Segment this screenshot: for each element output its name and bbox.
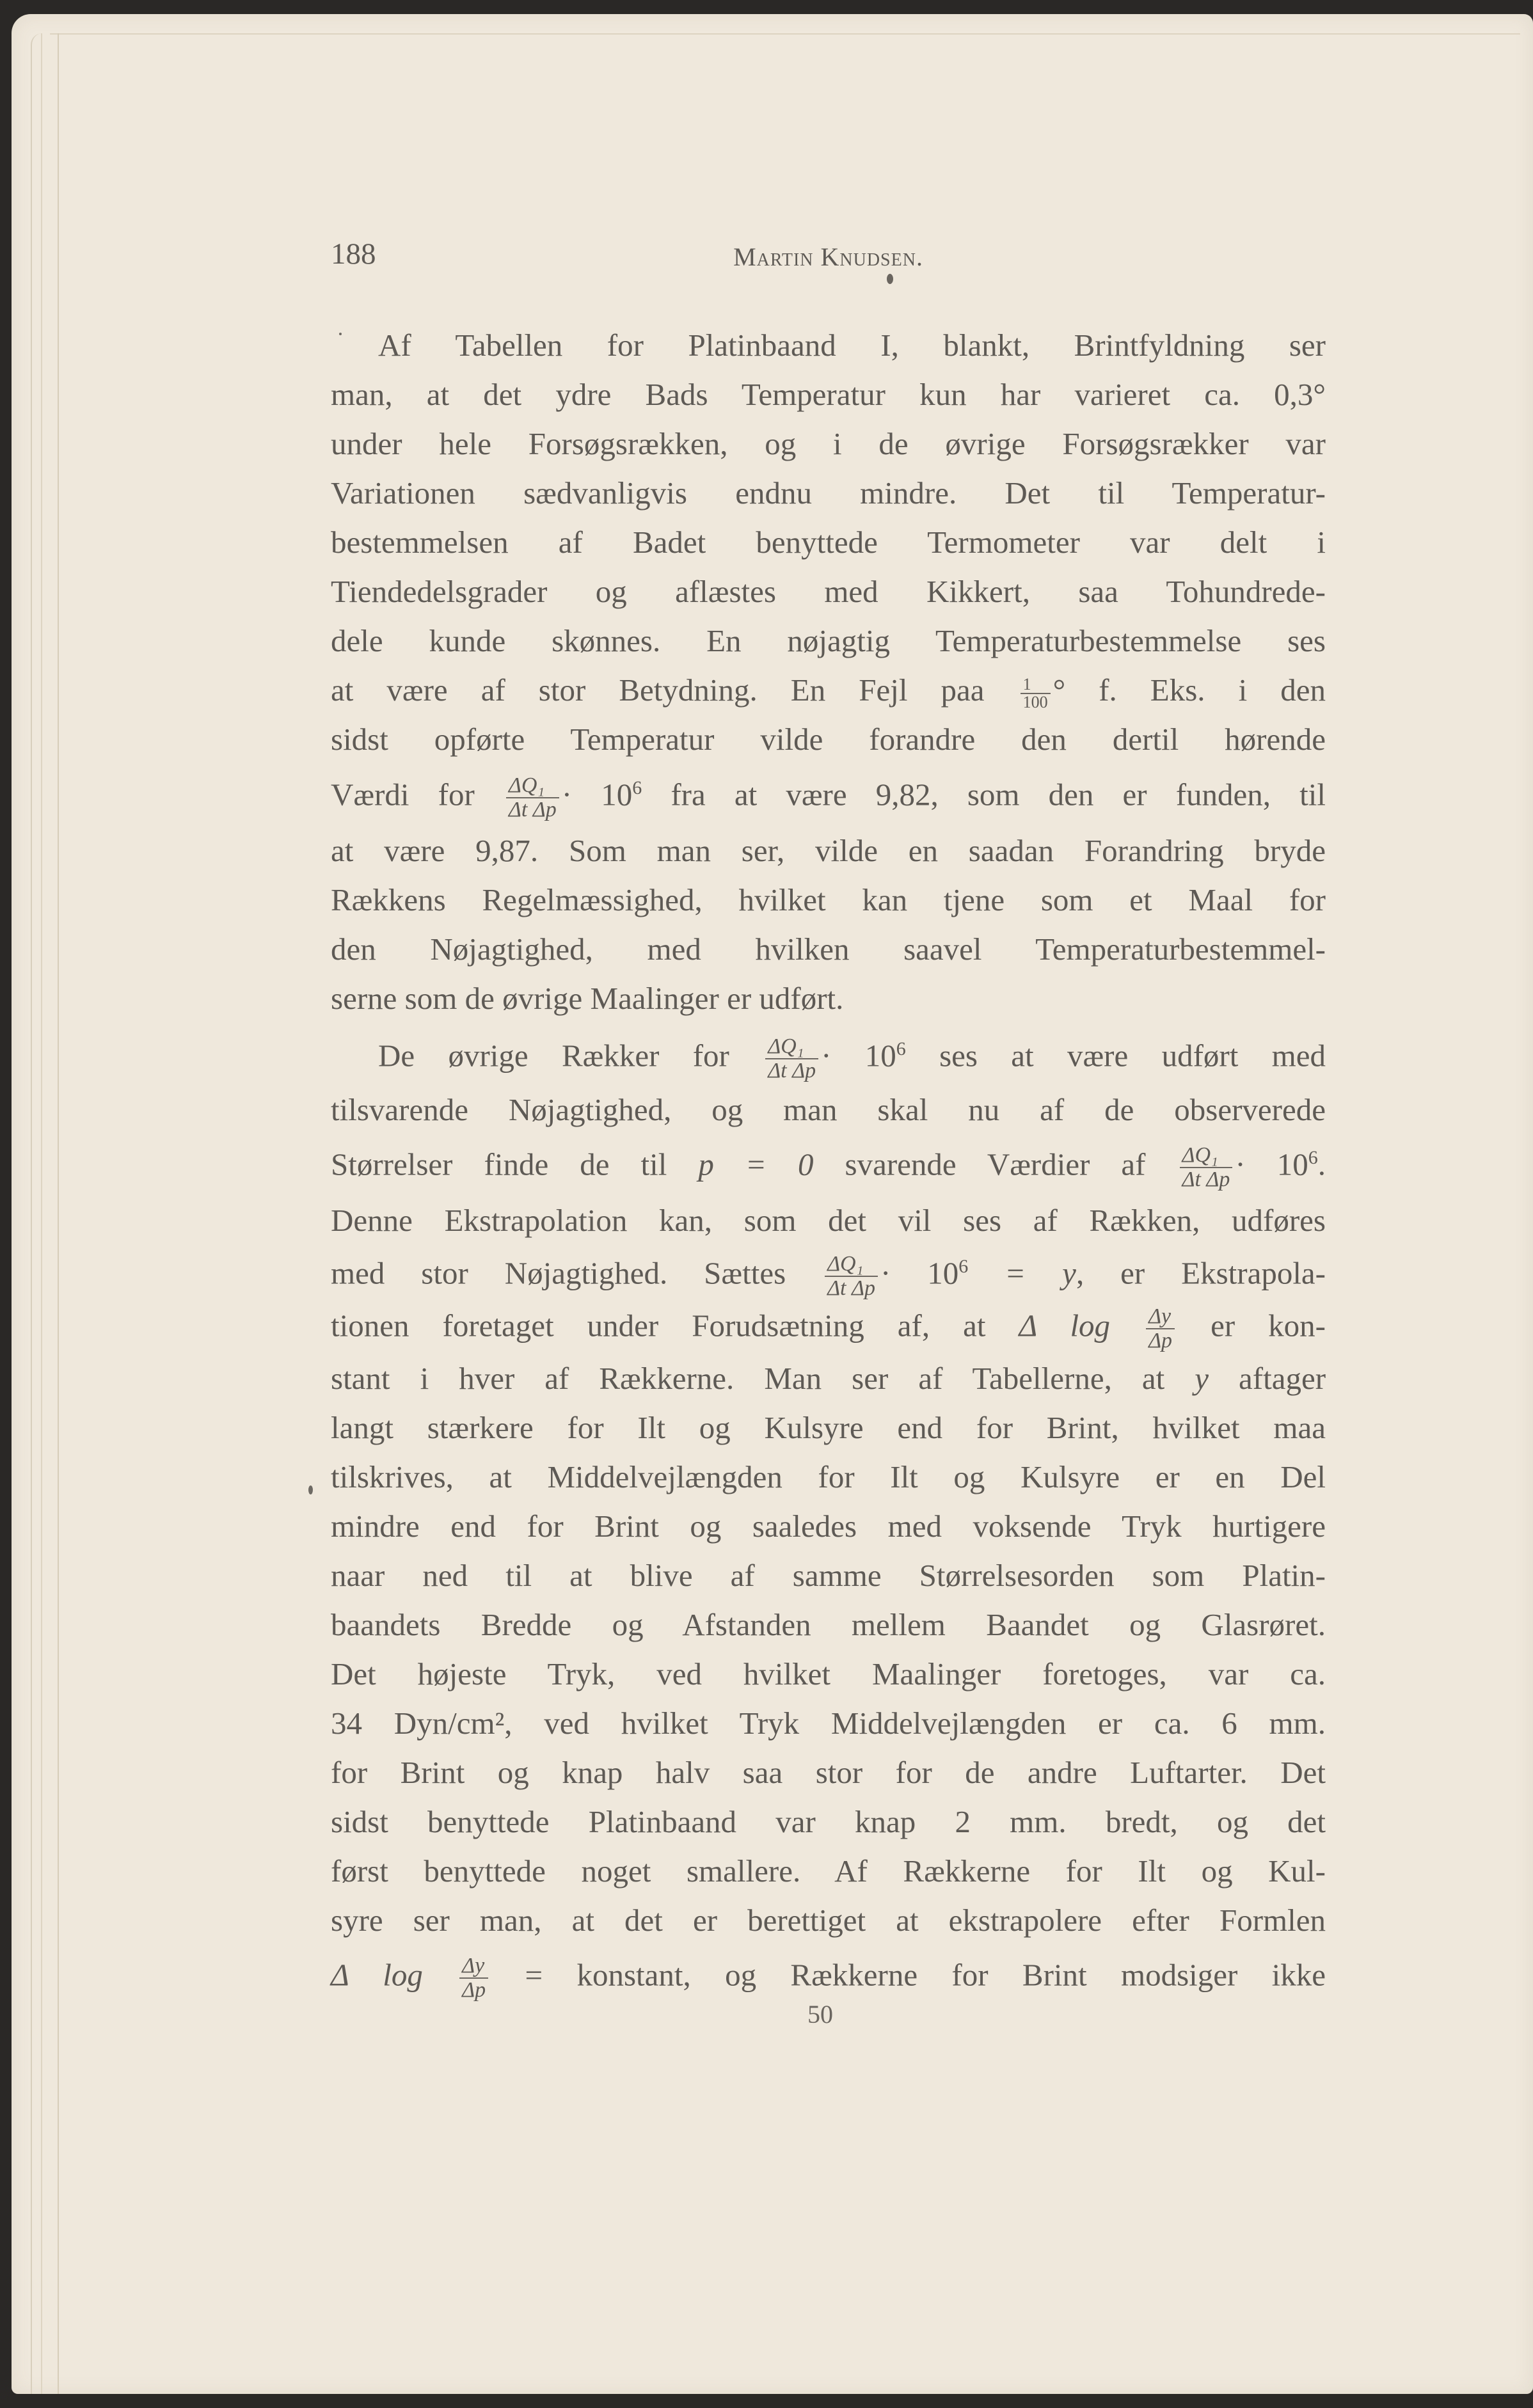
period: . (1318, 1146, 1326, 1182)
fraction-denominator: Δp (459, 1979, 488, 2002)
text-line: 34 Dyn/cm², ved hvilket Tryk Middelvejlæ… (331, 1704, 1326, 1743)
fraction-dq-dtdp: ΔQ₁ Δt Δp (506, 774, 559, 821)
text-line: den Nøjagtighed, med hvilken saavel Temp… (331, 930, 1326, 969)
text-line: tilskrives, at Middelvejlængden for Ilt … (331, 1458, 1326, 1496)
page-edge-left (31, 33, 42, 2394)
text-line: at være 9,87. Som man ser, vilde en saad… (331, 832, 1326, 870)
text-line: tionen foretaget under Forudsætning af, … (331, 1305, 1326, 1343)
text-line: mindre end for Brint og saaledes med vok… (331, 1507, 1326, 1546)
math-times: · 10 (562, 777, 632, 812)
signature-mark: 50 (807, 1999, 833, 2029)
text-line: Værdi for ΔQ₁ Δt Δp · 106 fra at være 9,… (331, 774, 1326, 812)
exponent: 6 (958, 1256, 968, 1277)
speck-mark (308, 1485, 313, 1494)
math-times: · 10 (1235, 1146, 1308, 1182)
text-line: langt stærkere for Ilt og Kulsyre end fo… (331, 1409, 1326, 1447)
fraction-numerator: ΔQ₁ (765, 1035, 818, 1059)
text-segment: aftager (1239, 1361, 1326, 1396)
text-segment: stant i hver af Rækkerne. Man ser af Tab… (331, 1361, 1164, 1396)
page-header: 188 Martin Knudsen. (331, 237, 1326, 275)
text-segment: er kon- (1211, 1308, 1326, 1343)
fraction-dy-dp: Δy Δp (1146, 1305, 1175, 1352)
fraction-dq-dtdp: ΔQ₁ Δt Δp (1180, 1144, 1233, 1191)
fraction-dq-dtdp: ΔQ₁ Δt Δp (825, 1253, 878, 1300)
text-segment: De øvrige Rækker for (378, 1038, 729, 1073)
text-line: under hele Forsøgsrækken, og i de øvrige… (331, 425, 1326, 463)
fraction-denominator: Δt Δp (765, 1059, 818, 1082)
fraction-numerator: 1 (1021, 676, 1051, 694)
fraction-denominator: Δt Δp (506, 798, 559, 821)
fraction-numerator: ΔQ₁ (1180, 1144, 1233, 1168)
text-line: syre ser man, at det er berettiget at ek… (331, 1901, 1326, 1940)
text-line: først benyttede noget smallere. Af Række… (331, 1852, 1326, 1890)
text-line: baandets Bredde og Afstanden mellem Baan… (331, 1606, 1326, 1644)
text-line: Denne Ekstrapolation kan, som det vil se… (331, 1201, 1326, 1240)
fraction-dq-dtdp: ΔQ₁ Δt Δp (765, 1035, 818, 1082)
fraction-numerator: Δy (1146, 1305, 1175, 1329)
text-segment: Værdi for (331, 777, 475, 812)
text-line: tilsvarende Nøjagtighed, og man skal nu … (331, 1091, 1326, 1129)
fraction-denominator: Δp (1146, 1329, 1175, 1352)
ornament-dot (887, 274, 893, 284)
fraction-numerator: ΔQ₁ (506, 774, 559, 798)
fraction-dy-dp: Δy Δp (459, 1954, 488, 2002)
math-delta-log: Δ log (331, 1957, 423, 1992)
text-segment: Størrelser finde de til (331, 1146, 667, 1182)
fraction-denominator: Δt Δp (825, 1277, 878, 1300)
math-equals-y: = y (1005, 1255, 1076, 1290)
text-line: dele kunde skønnes. En nøjagtig Temperat… (331, 622, 1326, 660)
text-line: med stor Nøjagtighed. Sættes ΔQ₁ Δt Δp ·… (331, 1253, 1326, 1291)
text-line: sidst opførte Temperatur vilde forandre … (331, 720, 1326, 759)
text-line: Det højeste Tryk, ved hvilket Maalinger … (331, 1655, 1326, 1693)
math-p-equals-zero: p = 0 (698, 1146, 813, 1182)
text-line: Variationen sædvanligvis endnu mindre. D… (331, 474, 1326, 512)
text-segment: = konstant, og Rækkerne for Brint modsig… (525, 1957, 1326, 1992)
text-line: bestemmelsen af Badet benyttede Termomet… (331, 523, 1326, 562)
running-title: Martin Knudsen. (331, 242, 1326, 272)
fraction-denominator: 100 (1021, 694, 1051, 711)
page-edge-left-inner (51, 33, 59, 2394)
fraction-denominator: Δt Δp (1180, 1168, 1233, 1191)
speck-mark (339, 333, 342, 335)
math-times: · 10 (880, 1255, 958, 1290)
text-segment: svarende Værdier af (845, 1146, 1146, 1182)
delta-log-text: Δ log (1019, 1308, 1111, 1343)
exponent: 6 (632, 777, 642, 798)
exponent: 6 (1308, 1147, 1318, 1168)
text-segment: at være af stor Betydning. En Fejl paa (331, 672, 985, 708)
text-line: De øvrige Rækker for ΔQ₁ Δt Δp · 106 ses… (331, 1035, 1326, 1073)
text-line: Af Tabellen for Platinbaand I, blankt, B… (331, 326, 1326, 365)
text-line: stant i hver af Rækkerne. Man ser af Tab… (331, 1359, 1326, 1398)
text-line: Δ log Δy Δp = konstant, og Rækkerne for … (331, 1954, 1326, 1993)
text-line: Tiendedelsgrader og aflæstes med Kikkert… (331, 573, 1326, 611)
exponent: 6 (896, 1038, 906, 1059)
text-segment: ° f. Eks. i den (1053, 672, 1326, 708)
text-segment: fra at være 9,82, som den er funden, til (671, 777, 1326, 812)
fraction-numerator: Δy (459, 1954, 488, 1979)
text-segment: ses at være udført med (939, 1038, 1326, 1073)
math-times: · 10 (821, 1038, 896, 1073)
text-line: naar ned til at blive af samme Størrelse… (331, 1556, 1326, 1595)
text-line: Rækkens Regelmæssighed, hvilket kan tjen… (331, 881, 1326, 919)
math-delta-log: Δ log (1019, 1308, 1111, 1343)
text-line: sidst benyttede Platinbaand var knap 2 m… (331, 1803, 1326, 1841)
text-segment: med stor Nøjagtighed. Sættes (331, 1255, 786, 1290)
text-line: at være af stor Betydning. En Fejl paa 1… (331, 671, 1326, 709)
text-line: for Brint og knap halv saa stor for de a… (331, 1754, 1326, 1792)
page-edge-top (50, 27, 1520, 35)
text-segment: , er Ekstrapola- (1076, 1255, 1326, 1290)
text-line: serne som de øvrige Maalinger er udført. (331, 979, 1326, 1018)
math-y: y (1195, 1361, 1209, 1396)
text-line: man, at det ydre Bads Temperatur kun har… (331, 376, 1326, 414)
fraction-one-hundredth: 1 100 (1021, 676, 1051, 711)
fraction-numerator: ΔQ₁ (825, 1253, 878, 1277)
text-line: Størrelser finde de til p = 0 svarende V… (331, 1144, 1326, 1182)
text-segment: tionen foretaget under Forudsætning af, … (331, 1308, 986, 1343)
